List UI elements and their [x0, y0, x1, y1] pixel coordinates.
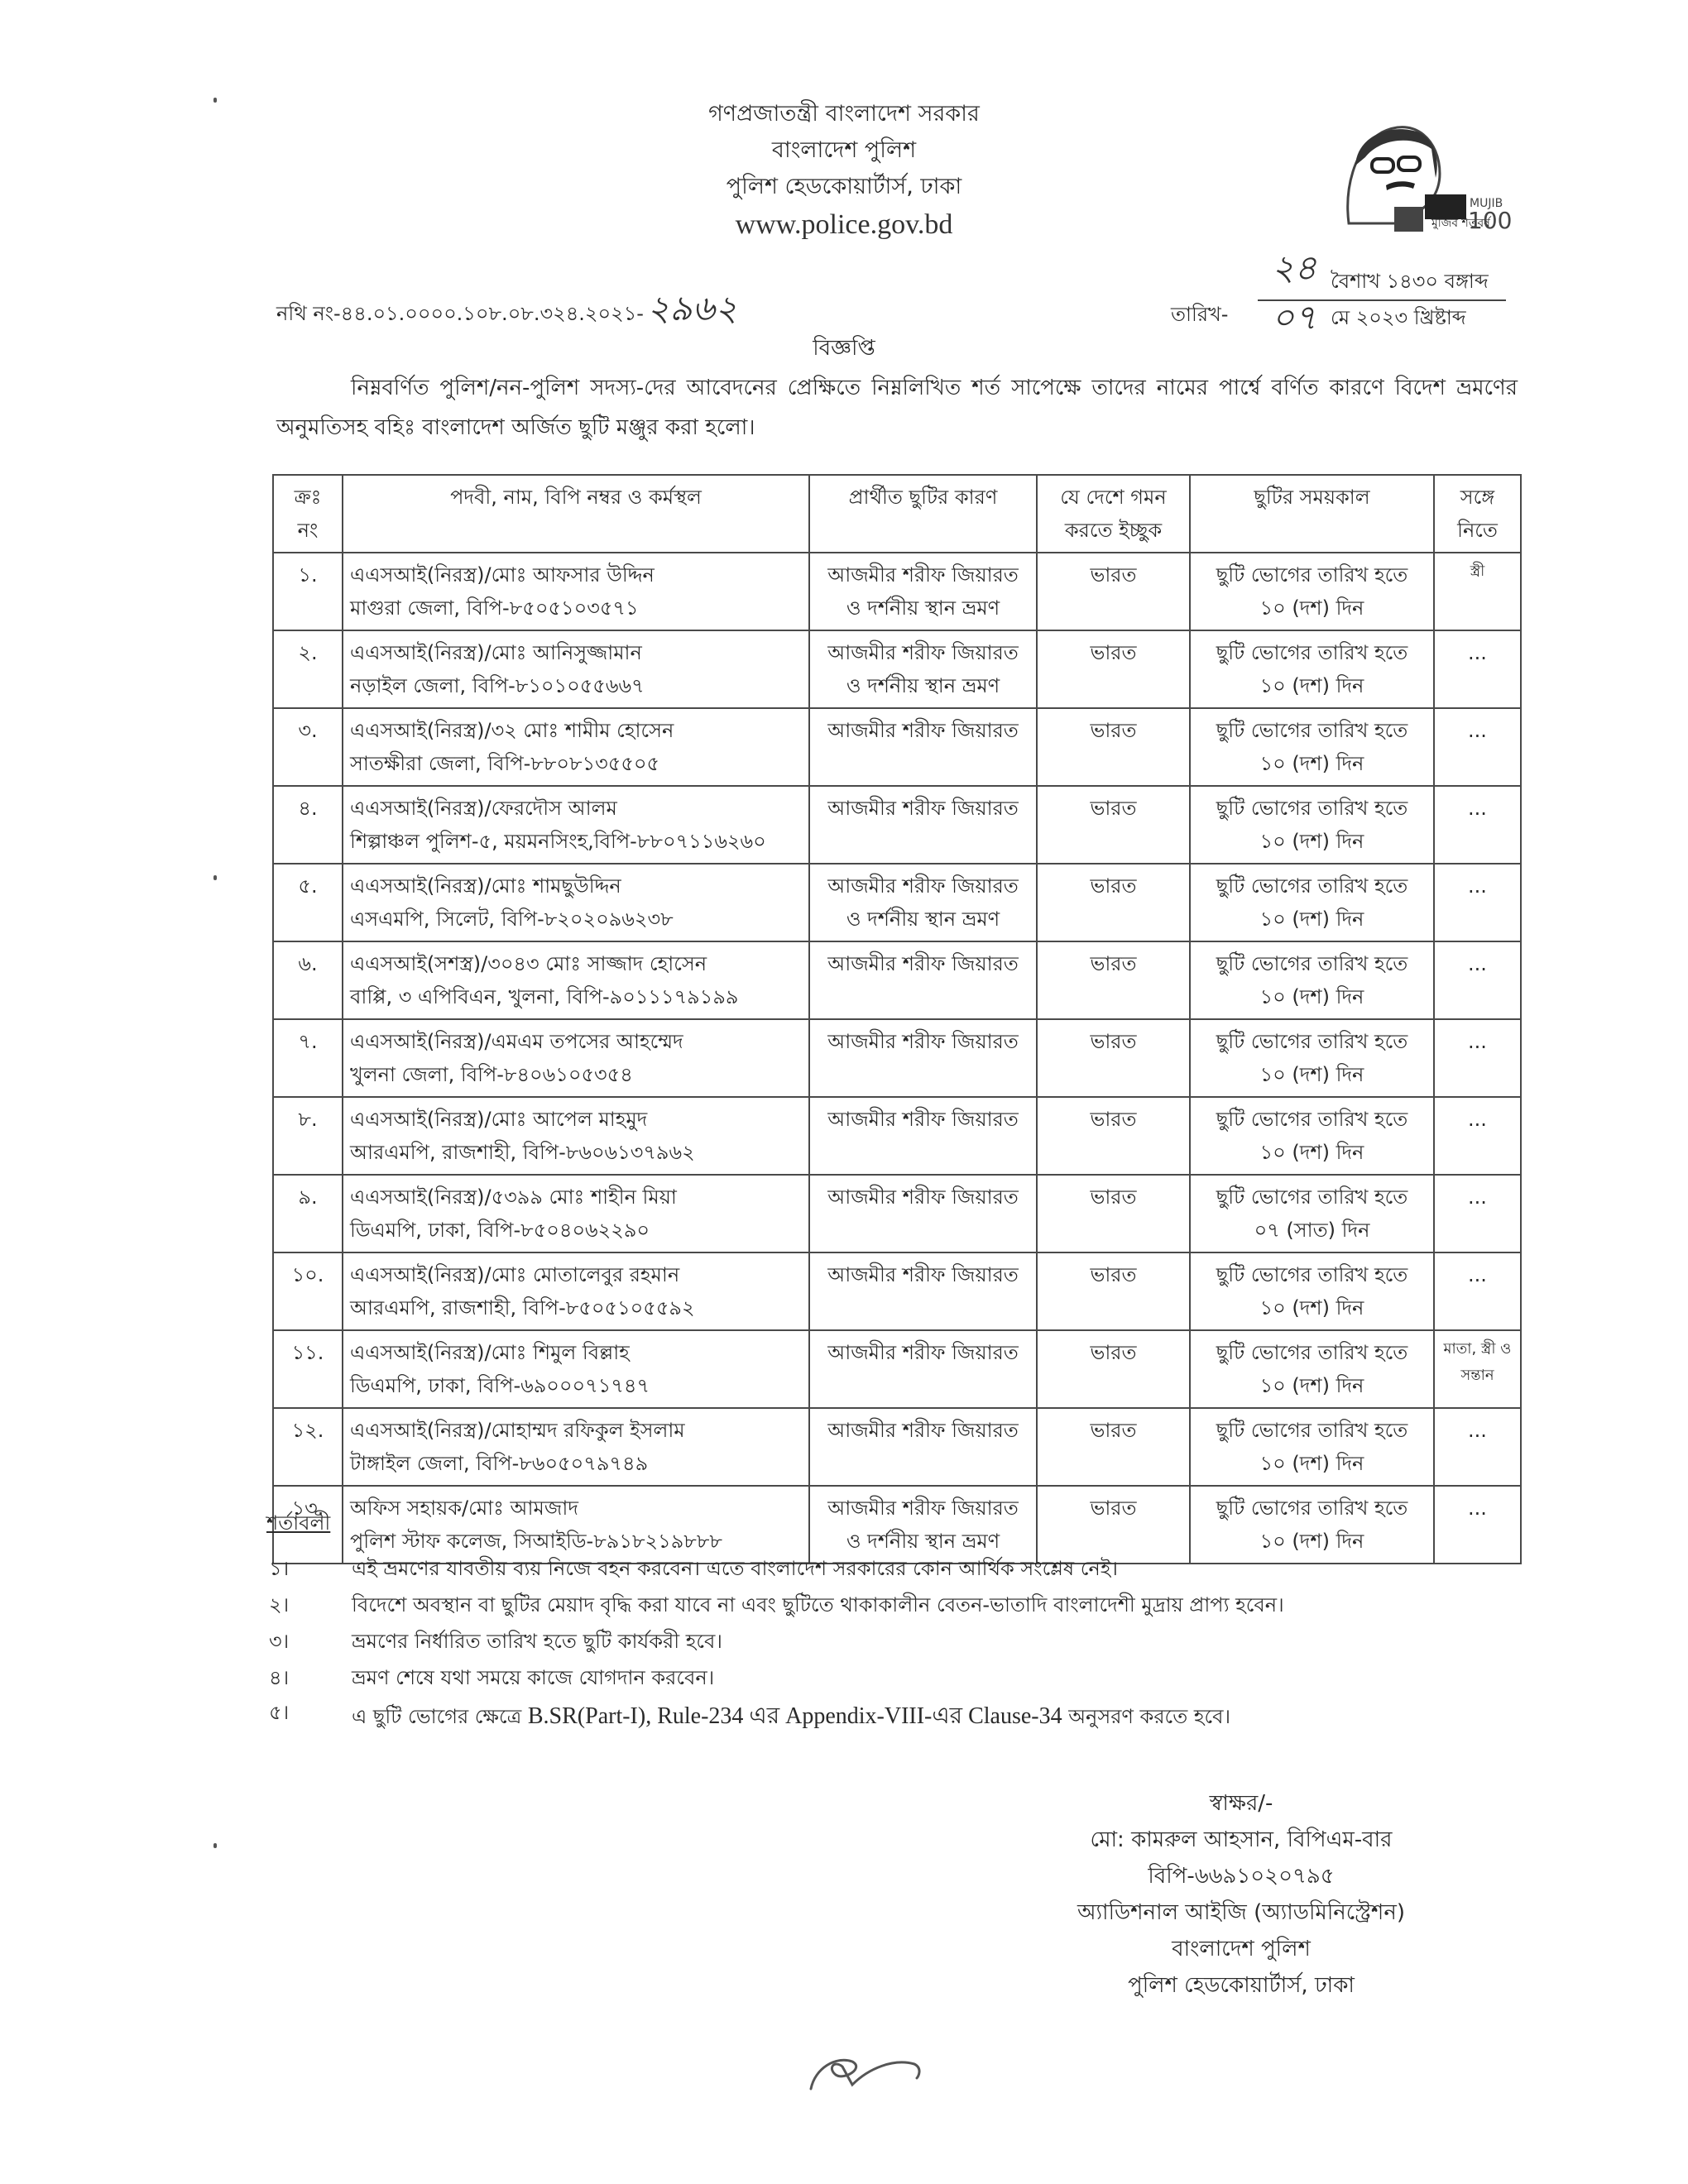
signed-mark: স্বাক্ষর/-: [993, 1785, 1489, 1822]
cell-reason: আজমীর শরীফ জিয়ারতও দর্শনীয় স্থান ভ্রমণ: [809, 864, 1037, 941]
scan-mark: [213, 1843, 217, 1848]
cell-country: ভারত: [1037, 1019, 1190, 1097]
cell-reason: আজমীর শরীফ জিয়ারতও দর্শনীয় স্থান ভ্রমণ: [809, 1486, 1037, 1564]
cell-period: ছুটি ভোগের তারিখ হতে১০ (দশ) দিন: [1190, 1019, 1434, 1097]
header-companion: সঙ্গেনিতে: [1434, 475, 1521, 553]
table-row: ৫. এএসআই(নিরস্ত্র)/মোঃ শামছুউদ্দিনএসএমপি…: [273, 864, 1521, 941]
reference-prefix: নথি নং-৪৪.০১.০০০০.১০৮.০৮.৩২৪.২০২১-: [276, 302, 644, 325]
cell-companion: ...: [1434, 1097, 1521, 1175]
cell-period: ছুটি ভোগের তারিখ হতে১০ (দশ) দিন: [1190, 1330, 1434, 1408]
header-period: ছুটির সময়কাল: [1190, 475, 1434, 553]
cell-name: এএসআই(নিরস্ত্র)/মোঃ মোতালেবুর রহমানআরএমপ…: [343, 1252, 809, 1330]
signatory-designation: অ্যাডিশনাল আইজি (অ্যাডমিনিস্ট্রেশন): [993, 1894, 1489, 1931]
cell-period: ছুটি ভোগের তারিখ হতে১০ (দশ) দিন: [1190, 1408, 1434, 1486]
cell-name: এএসআই(নিরস্ত্র)/মোঃ আনিসুজ্জামাননড়াইল জ…: [343, 630, 809, 708]
scan-mark: [213, 98, 217, 103]
date-block: ২৪ বৈশাখ ১৪৩০ বঙ্গাব্দ ০৭ মে ২০২৩ খ্রিষ্…: [1258, 263, 1506, 338]
cell-companion: ...: [1434, 630, 1521, 708]
org-name: বাংলাদেশ পুলিশ: [513, 134, 1175, 167]
cell-companion: ...: [1434, 941, 1521, 1019]
cell-country: ভারত: [1037, 630, 1190, 708]
cell-reason: আজমীর শরীফ জিয়ারত: [809, 708, 1037, 786]
cell-period: ছুটি ভোগের তারিখ হতে১০ (দশ) দিন: [1190, 708, 1434, 786]
cell-companion: ...: [1434, 1019, 1521, 1097]
cell-companion: ...: [1434, 1175, 1521, 1252]
cell-serial: ১.: [273, 553, 343, 630]
handwritten-initial-icon: [803, 2043, 935, 2110]
cell-name: এএসআই(নিরস্ত্র)/মোঃ আফসার উদ্দিনমাগুরা জ…: [343, 553, 809, 630]
cell-reason: আজমীর শরীফ জিয়ারত: [809, 1252, 1037, 1330]
cell-companion: ...: [1434, 1486, 1521, 1564]
cell-country: ভারত: [1037, 1252, 1190, 1330]
cell-country: ভারত: [1037, 708, 1190, 786]
cell-name: এএসআই(নিরস্ত্র)/মোহাম্মদ রফিকুল ইসলামটাঙ…: [343, 1408, 809, 1486]
cell-companion: ...: [1434, 786, 1521, 864]
govt-name: গণপ্রজাতন্ত্রী বাংলাদেশ সরকার: [513, 98, 1175, 131]
cell-reason: আজমীর শরীফ জিয়ারত: [809, 941, 1037, 1019]
cell-country: ভারত: [1037, 1408, 1190, 1486]
cell-country: ভারত: [1037, 786, 1190, 864]
condition-item: ১।এই ভ্রমণের যাবতীয় ব্যয় নিজে বহন করবে…: [269, 1554, 1551, 1587]
cell-serial: ৪.: [273, 786, 343, 864]
table-row: ১৩. অফিস সহায়ক/মোঃ আমজাদপুলিশ স্টাফ কলে…: [273, 1486, 1521, 1564]
cell-companion: ...: [1434, 864, 1521, 941]
cell-country: ভারত: [1037, 1175, 1190, 1252]
cell-period: ছুটি ভোগের তারিখ হতে০৭ (সাত) দিন: [1190, 1175, 1434, 1252]
table-row: ৮. এএসআই(নিরস্ত্র)/মোঃ আপেল মাহমুদআরএমপি…: [273, 1097, 1521, 1175]
signatory-name: মো: কামরুল আহসান, বিপিএম-বার: [993, 1822, 1489, 1858]
scan-mark: [213, 875, 217, 880]
cell-reason: আজমীর শরীফ জিয়ারত: [809, 1408, 1037, 1486]
cell-serial: ১২.: [273, 1408, 343, 1486]
cell-reason: আজমীর শরীফ জিয়ারত: [809, 1019, 1037, 1097]
cell-period: ছুটি ভোগের তারিখ হতে১০ (দশ) দিন: [1190, 1252, 1434, 1330]
cell-serial: ১০.: [273, 1252, 343, 1330]
table-row: ৬. এএসআই(সশস্ত্র)/৩০৪৩ মোঃ সাজ্জাদ হোসেন…: [273, 941, 1521, 1019]
condition-item: ৫।এ ছুটি ভোগের ক্ষেত্রে B.SR(Part-I), Ru…: [269, 1698, 1551, 1736]
bangla-date: বৈশাখ ১৪৩০ বঙ্গাব্দ: [1331, 266, 1489, 299]
header-serial: ক্রঃনং: [273, 475, 343, 553]
header-country: যে দেশে গমনকরতে ইচ্ছুক: [1037, 475, 1190, 553]
date-label: তারিখ-: [1171, 299, 1228, 333]
cell-name: অফিস সহায়ক/মোঃ আমজাদপুলিশ স্টাফ কলেজ, স…: [343, 1486, 809, 1564]
cell-country: ভারত: [1037, 553, 1190, 630]
table-row: ২. এএসআই(নিরস্ত্র)/মোঃ আনিসুজ্জামাননড়াই…: [273, 630, 1521, 708]
header-name: পদবী, নাম, বিপি নম্বর ও কর্মস্থল: [343, 475, 809, 553]
cell-country: ভারত: [1037, 864, 1190, 941]
table-row: ৪. এএসআই(নিরস্ত্র)/ফেরদৌস আলমশিল্পাঞ্চল …: [273, 786, 1521, 864]
mujib-100-logo-icon: মুজিব শতবর্ষ MUJIB 100: [1316, 116, 1514, 232]
table-row: ৩. এএসআই(নিরস্ত্র)/৩২ মোঃ শামীম হোসেনসাত…: [273, 708, 1521, 786]
table-row: ৭. এএসআই(নিরস্ত্র)/এমএম তপসের আহম্মেদখুল…: [273, 1019, 1521, 1097]
cell-reason: আজমীর শরীফ জিয়ারত: [809, 786, 1037, 864]
cell-name: এএসআই(নিরস্ত্র)/৫৩৯৯ মোঃ শাহীন মিয়াডিএম…: [343, 1175, 809, 1252]
cell-serial: ৬.: [273, 941, 343, 1019]
cell-companion: ...: [1434, 708, 1521, 786]
leave-table: ক্রঃনং পদবী, নাম, বিপি নম্বর ও কর্মস্থল …: [272, 474, 1522, 1564]
cell-name: এএসআই(সশস্ত্র)/৩০৪৩ মোঃ সাজ্জাদ হোসেনবাপ…: [343, 941, 809, 1019]
cell-reason: আজমীর শরীফ জিয়ারত: [809, 1097, 1037, 1175]
cell-country: ভারত: [1037, 941, 1190, 1019]
cell-name: এএসআই(নিরস্ত্র)/এমএম তপসের আহম্মেদখুলনা …: [343, 1019, 809, 1097]
cell-country: ভারত: [1037, 1330, 1190, 1408]
cell-period: ছুটি ভোগের তারিখ হতে১০ (দশ) দিন: [1190, 1097, 1434, 1175]
cell-name: এএসআই(নিরস্ত্র)/ফেরদৌস আলমশিল্পাঞ্চল পুল…: [343, 786, 809, 864]
reference-handwritten-number: ২৯৬২: [647, 288, 737, 328]
cell-name: এএসআই(নিরস্ত্র)/মোঃ শিমুল বিল্লাহডিএমপি,…: [343, 1330, 809, 1408]
cell-period: ছুটি ভোগের তারিখ হতে১০ (দশ) দিন: [1190, 630, 1434, 708]
signatory-org: বাংলাদেশ পুলিশ: [993, 1931, 1489, 1967]
condition-item: ২।বিদেশে অবস্থান বা ছুটির মেয়াদ বৃদ্ধি …: [269, 1590, 1551, 1623]
cell-companion: মাতা, স্ত্রী ও সন্তান: [1434, 1330, 1521, 1408]
cell-companion: ...: [1434, 1408, 1521, 1486]
cell-reason: আজমীর শরীফ জিয়ারত: [809, 1330, 1037, 1408]
cell-companion: ...: [1434, 1252, 1521, 1330]
cell-country: ভারত: [1037, 1097, 1190, 1175]
table-row: ১২. এএসআই(নিরস্ত্র)/মোহাম্মদ রফিকুল ইসলা…: [273, 1408, 1521, 1486]
cell-serial: ১১.: [273, 1330, 343, 1408]
cell-name: এএসআই(নিরস্ত্র)/৩২ মোঃ শামীম হোসেনসাতক্ষ…: [343, 708, 809, 786]
svg-text:100: 100: [1468, 207, 1512, 232]
cell-reason: আজমীর শরীফ জিয়ারতও দর্শনীয় স্থান ভ্রমণ: [809, 553, 1037, 630]
header-reason: প্রার্থীত ছুটির কারণ: [809, 475, 1037, 553]
website-link[interactable]: www.police.gov.bd: [513, 208, 1175, 242]
cell-serial: ২.: [273, 630, 343, 708]
cell-serial: ৮.: [273, 1097, 343, 1175]
signatory-office: পুলিশ হেডকোয়ার্টার্স, ঢাকা: [993, 1967, 1489, 2004]
table-header-row: ক্রঃনং পদবী, নাম, বিপি নম্বর ও কর্মস্থল …: [273, 475, 1521, 553]
cell-serial: ৫.: [273, 864, 343, 941]
office-name: পুলিশ হেডকোয়ার্টার্স, ঢাকা: [513, 170, 1175, 204]
cell-serial: ৭.: [273, 1019, 343, 1097]
table-row: ১০. এএসআই(নিরস্ত্র)/মোঃ মোতালেবুর রহমানআ…: [273, 1252, 1521, 1330]
cell-period: ছুটি ভোগের তারিখ হতে১০ (দশ) দিন: [1190, 786, 1434, 864]
table-row: ৯. এএসআই(নিরস্ত্র)/৫৩৯৯ মোঃ শাহীন মিয়াড…: [273, 1175, 1521, 1252]
table-row: ১১. এএসআই(নিরস্ত্র)/মোঃ শিমুল বিল্লাহডিএ…: [273, 1330, 1521, 1408]
signatory-bp: বিপি-৬৬৯১০২০৭৯৫: [993, 1858, 1489, 1894]
cell-name: এএসআই(নিরস্ত্র)/মোঃ আপেল মাহমুদআরএমপি, র…: [343, 1097, 809, 1175]
cell-country: ভারত: [1037, 1486, 1190, 1564]
table-row: ১. এএসআই(নিরস্ত্র)/মোঃ আফসার উদ্দিনমাগুর…: [273, 553, 1521, 630]
conditions-title: শর্তাবলী: [266, 1508, 330, 1541]
cell-serial: ৩.: [273, 708, 343, 786]
notice-title: বিজ্ঞপ্তি: [0, 331, 1688, 367]
cell-period: ছুটি ভোগের তারিখ হতে১০ (দশ) দিন: [1190, 941, 1434, 1019]
notice-intro: নিম্নবর্ণিত পুলিশ/নন-পুলিশ সদস্য-দের আবে…: [276, 368, 1518, 448]
condition-item: ৩।ভ্রমণের নির্ধারিত তারিখ হতে ছুটি কার্য…: [269, 1626, 1551, 1660]
cell-serial: ৯.: [273, 1175, 343, 1252]
cell-companion: স্ত্রী: [1434, 553, 1521, 630]
condition-item: ৪।ভ্রমণ শেষে যথা সময়ে কাজে যোগদান করবেন…: [269, 1663, 1551, 1696]
cell-reason: আজমীর শরীফ জিয়ারত: [809, 1175, 1037, 1252]
cell-period: ছুটি ভোগের তারিখ হতে১০ (দশ) দিন: [1190, 553, 1434, 630]
cell-reason: আজমীর শরীফ জিয়ারতও দর্শনীয় স্থান ভ্রমণ: [809, 630, 1037, 708]
cell-period: ছুটি ভোগের তারিখ হতে১০ (দশ) দিন: [1190, 864, 1434, 941]
cell-period: ছুটি ভোগের তারিখ হতে১০ (দশ) দিন: [1190, 1486, 1434, 1564]
cell-name: এএসআই(নিরস্ত্র)/মোঃ শামছুউদ্দিনএসএমপি, স…: [343, 864, 809, 941]
signature-block: স্বাক্ষর/- মো: কামরুল আহসান, বিপিএম-বার …: [993, 1785, 1489, 2004]
